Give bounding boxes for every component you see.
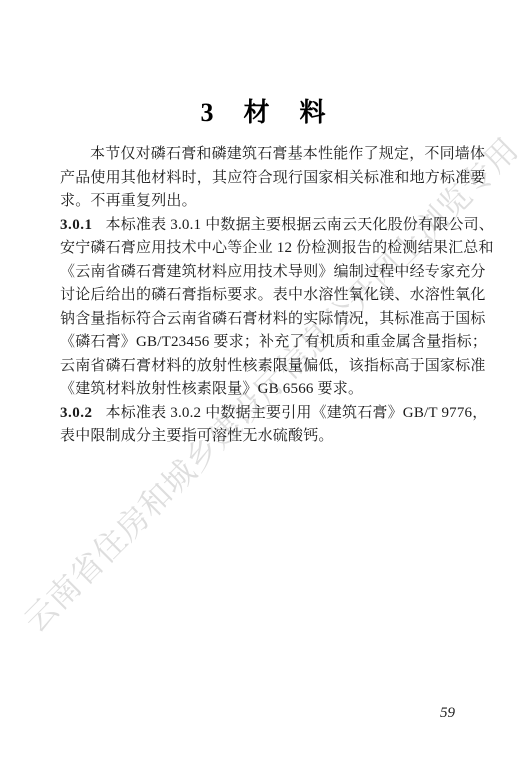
paragraph-line: 讨论后给出的磷石膏指标要求。表中水溶性氧化镁、水溶性氧化 [60,284,474,308]
clause-number: 3.0.1 [60,217,93,233]
page-number: 59 [440,705,455,722]
paragraph-line: 本节仅对磷石膏和磷建筑石膏基本性能作了规定，不同墙体 [60,143,474,167]
paragraph-line: 产品使用其他材料时，其应符合现行国家相关标准和地方标准要 [60,167,474,191]
paragraph-line: 3.0.1本标准表 3.0.1 中数据主要根据云南云天化股份有限公司、 [60,214,474,238]
paragraph-line: 钠含量指标符合云南省磷石膏材料的实际情况，其标准高于国标 [60,308,474,332]
paragraph-line: 《云南省磷石膏建筑材料应用技术导则》编制过程中经专家充分 [60,261,474,285]
clause-number: 3.0.2 [60,405,93,421]
document-page: 云南省住房和城乡建设厅信息公开网上浏览专用 3 材 料 本节仅对磷石膏和磷建筑石… [0,0,528,767]
paragraph-line: 求。不再重复列出。 [60,190,474,214]
paragraph-line: 《建筑材料放射性核素限量》GB 6566 要求。 [60,378,474,402]
body-text: 本节仅对磷石膏和磷建筑石膏基本性能作了规定，不同墙体 产品使用其他材料时，其应符… [60,143,474,449]
page-title: 3 材 料 [58,92,470,129]
paragraph-line: 安宁磷石膏应用技术中心等企业 12 份检测报告的检测结果汇总和 [60,237,474,261]
paragraph-text: 本标准表 3.0.1 中数据主要根据云南云天化股份有限公司、 [106,217,495,233]
paragraph-line: 3.0.2本标准表 3.0.2 中数据主要引用《建筑石膏》GB/T 9776， [60,402,474,426]
paragraph-line: 云南省磷石膏材料的放射性核素限量偏低，该指标高于国家标准 [60,355,474,379]
paragraph-text: 本标准表 3.0.2 中数据主要引用《建筑石膏》GB/T 9776， [106,405,488,421]
paragraph-line: 《磷石膏》GB/T23456 要求；补充了有机质和重金属含量指标； [60,331,474,355]
paragraph-line: 表中限制成分主要指可溶性无水硫酸钙。 [60,425,474,449]
